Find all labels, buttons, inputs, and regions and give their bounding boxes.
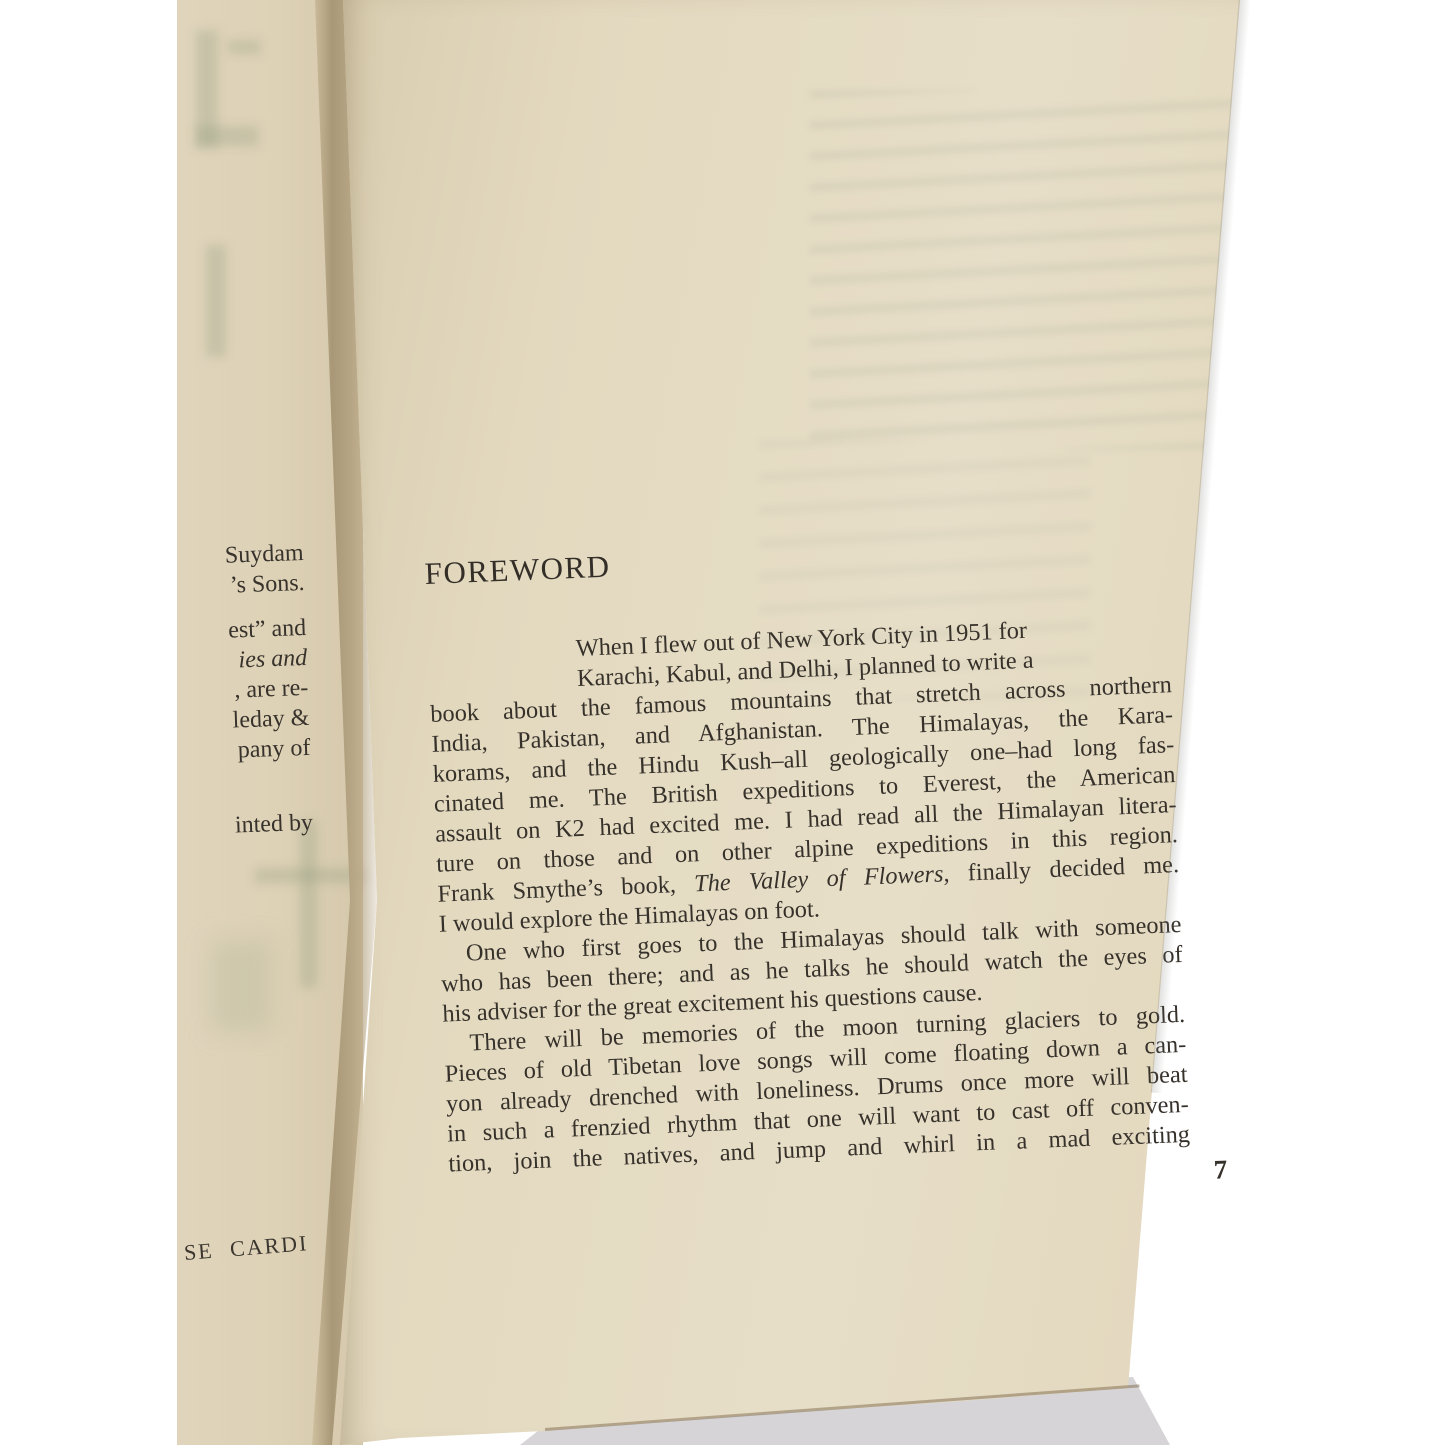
left-page-text-fragments: Suydam’s Sons.est” andies and, are re-le… bbox=[177, 538, 313, 842]
left-page-fragment: ies and bbox=[181, 643, 308, 677]
left-page-fragment: est” and bbox=[180, 613, 307, 647]
showthrough-mark bbox=[810, 90, 1260, 450]
showthrough-mark bbox=[228, 40, 260, 54]
left-page-fragment: pany of bbox=[184, 733, 311, 767]
showthrough-mark bbox=[255, 868, 365, 883]
left-page-fragment: ’s Sons. bbox=[178, 568, 305, 602]
showthrough-mark bbox=[196, 126, 258, 146]
left-page-fragment: , are re- bbox=[182, 673, 309, 707]
left-page-fragment: Suydam bbox=[177, 538, 304, 572]
foreword-paragraphs: When I flew out of New York City in 1951… bbox=[427, 610, 1190, 1179]
left-page-fragment: inted by bbox=[186, 808, 313, 842]
showthrough-mark bbox=[210, 940, 272, 1032]
showthrough-mark bbox=[300, 820, 317, 988]
showthrough-mark bbox=[206, 245, 226, 357]
foreword-text-block: FOREWORD When I flew out of New York Cit… bbox=[424, 526, 1192, 1216]
open-book-photo: Suydam’s Sons.est” andies and, are re-le… bbox=[0, 0, 1445, 1445]
left-page-fragment: leday & bbox=[183, 703, 310, 737]
